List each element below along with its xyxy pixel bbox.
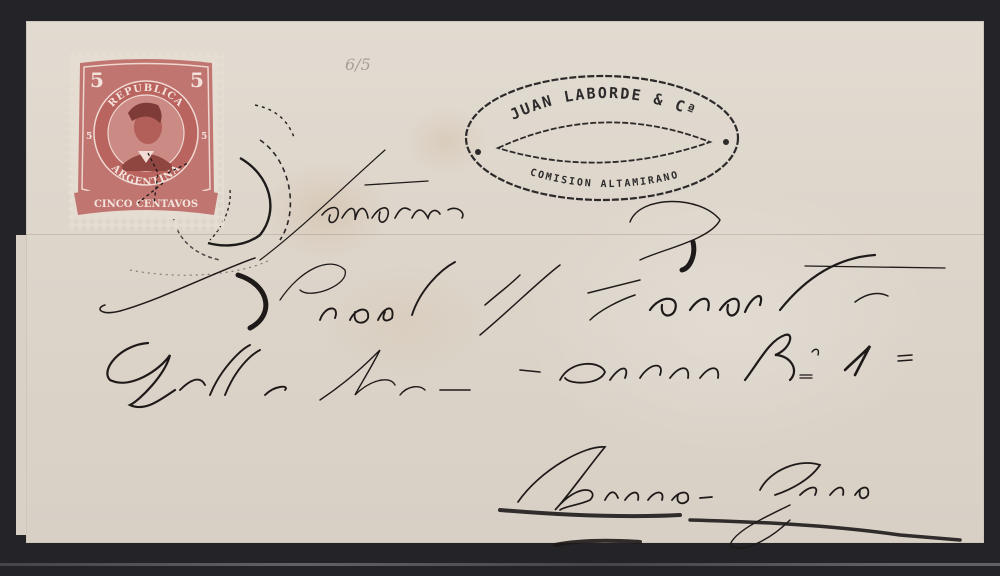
salutation-script bbox=[260, 150, 463, 260]
handwritten-address bbox=[0, 0, 1000, 576]
street-script bbox=[107, 335, 912, 407]
addressee-script bbox=[100, 201, 945, 335]
city-script bbox=[518, 447, 868, 548]
